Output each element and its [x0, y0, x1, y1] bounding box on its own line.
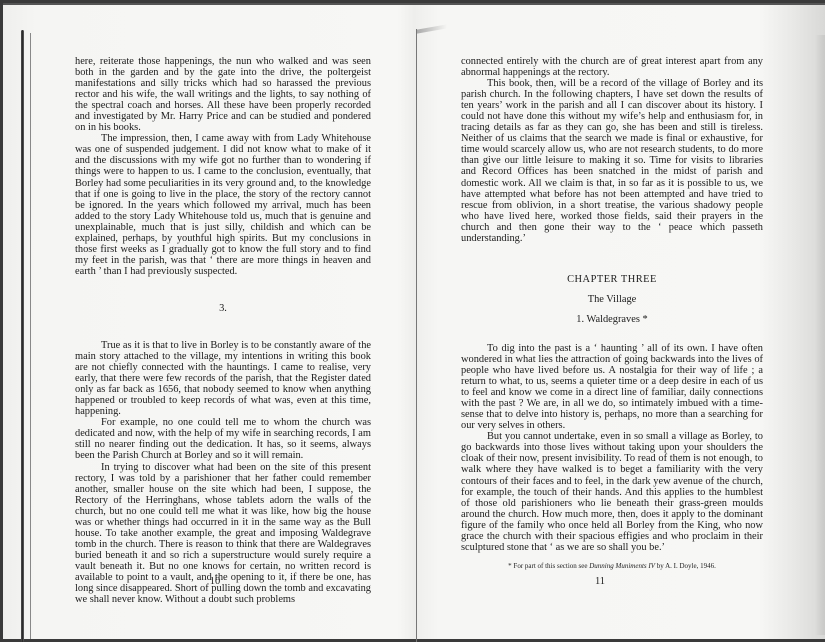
paragraph: But you cannot undertake, even in so sma…: [461, 431, 763, 553]
section-number: 3.: [75, 303, 371, 314]
left-page-text: here, reiterate those happenings, the nu…: [75, 56, 371, 605]
page-number-left: 10: [195, 576, 235, 587]
book-gutter: [416, 29, 417, 637]
paragraph: To dig into the past is a ‘ haunting ’ a…: [461, 343, 763, 431]
binding-edge: [21, 30, 24, 637]
chapter-title: CHAPTER THREE: [461, 274, 763, 285]
chapter-subtitle: The Village: [461, 294, 763, 305]
page-edge-line: [30, 33, 31, 637]
paragraph: True as it is that to live in Borley is …: [75, 340, 371, 417]
chapter-section-heading: 1. Waldegraves *: [461, 314, 763, 325]
paragraph: For example, no one could tell me to who…: [75, 417, 371, 461]
footnote-prefix: * For part of this section see: [508, 562, 589, 570]
paragraph: This book, then, will be a record of the…: [461, 78, 763, 244]
right-page-edge-shadow: [815, 35, 825, 635]
footnote-title: Dunning Muniments IV: [589, 562, 655, 570]
page-number-right: 11: [580, 576, 620, 587]
paragraph: here, reiterate those happenings, the nu…: [75, 56, 371, 133]
gutter-shadow: [417, 24, 447, 33]
paragraph: The impression, then, I came away with f…: [75, 133, 371, 277]
paragraph: connected entirely with the church are o…: [461, 56, 763, 78]
footnote-suffix: by A. I. Doyle, 1946.: [655, 562, 716, 570]
footnote: * For part of this section see Dunning M…: [461, 562, 763, 571]
right-page-text: connected entirely with the church are o…: [461, 56, 763, 571]
